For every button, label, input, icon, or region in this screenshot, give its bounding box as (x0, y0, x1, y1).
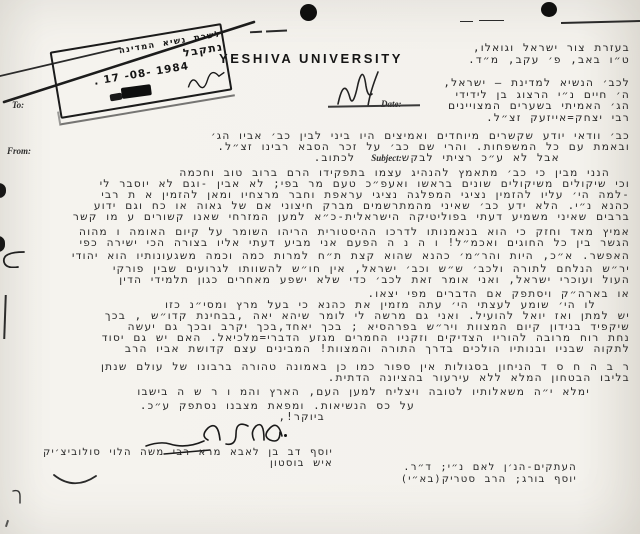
typed-signature-name: יוסף דב בן לאבא מרא רבי משה הלוי סולוביצ… (43, 447, 333, 458)
body-line: בליבו הבטחון המלא ללא עירעור בהציונה הדת… (20, 373, 630, 384)
body-line-text: אבל לא ע״כ רציתי לבקש (402, 153, 560, 164)
letterhead-title: YESHIVA UNIVERSITY (219, 51, 403, 66)
heading-line: רבי יצחק=אייזעק זצ״ל. (425, 113, 630, 125)
pen-line (561, 20, 640, 24)
cc-line: העתקים-הנ׳ן לאם נ״י; ד״ר. (401, 462, 577, 474)
pen-dash (479, 20, 504, 21)
subject-label: Subject: (371, 153, 402, 164)
body-line: העול ועוכרי ישראל, ואני אומר זאת לכב׳ כד… (20, 275, 630, 286)
letter-heading: בעזרת צור ישראל וגואלו, ט״ו באב, פ׳ עקב,… (425, 43, 630, 124)
margin-pen-curve (0, 248, 26, 268)
closing-word: ביוקר!, (20, 412, 630, 423)
typed-signature-city: איש בוסטון (270, 458, 333, 469)
cc-line: יוסף בורג; הרב סטריק(בא״י) (401, 474, 577, 486)
heading-line: הג׳ האמיתי בשערים המצויינים (425, 101, 630, 113)
letter-body: כב׳ וודאי יודע שקשרים מיוחדים ואמיצים הי… (20, 131, 630, 423)
scan-dot (541, 2, 557, 17)
body-line: האפשר. א״כ, היות והר״מ׳ כהנא שהוא קצת ת״… (20, 251, 630, 262)
body-line: ימלא י״ה משאלותיו לטובה ויצליח למען העם,… (20, 387, 630, 398)
to-label: To: (12, 100, 24, 110)
scan-edge-mark (0, 183, 6, 198)
pen-dash (460, 21, 473, 22)
scan-dot (300, 4, 317, 21)
heading-line: לכב׳ הנשיא למדינת – ישראל, (425, 78, 630, 90)
margin-pen-stroke (3, 295, 7, 339)
body-line: הגשר בין כל החוגים ואכמ״ל! ו ה נ ה הפעם … (20, 238, 630, 249)
pen-curve (52, 472, 100, 490)
body-line: לתקוה שבניו ובנותיו הולכים בדרך התורה וה… (20, 344, 630, 355)
heading-line: בעזרת צור ישראל וגואלו, (425, 43, 630, 55)
body-line: על כס הנשיאות. ומפאת מצבנו נסתפק ע״כ. (20, 401, 630, 412)
pen-mark (10, 488, 24, 506)
heading-line: ט״ו באב, פ׳ עקב, מ״ד. (425, 55, 630, 67)
scanned-letter-page: לשכת נשיא המדינה נתקבל . 17 -08- 1984 YE… (0, 0, 640, 534)
cc-block: העתקים-הנ׳ן לאם נ״י; ד״ר. יוסף בורג; הרב… (401, 462, 577, 485)
body-line: ברבים שאיני משמיע דעתי בפוליטיקה הישראלי… (20, 212, 630, 223)
body-line-text: לכתוב. (314, 153, 355, 164)
ink-tick (5, 520, 9, 527)
body-line: אבל לא ע״כ רציתי לבקש Subject: לכתוב. (20, 153, 630, 164)
